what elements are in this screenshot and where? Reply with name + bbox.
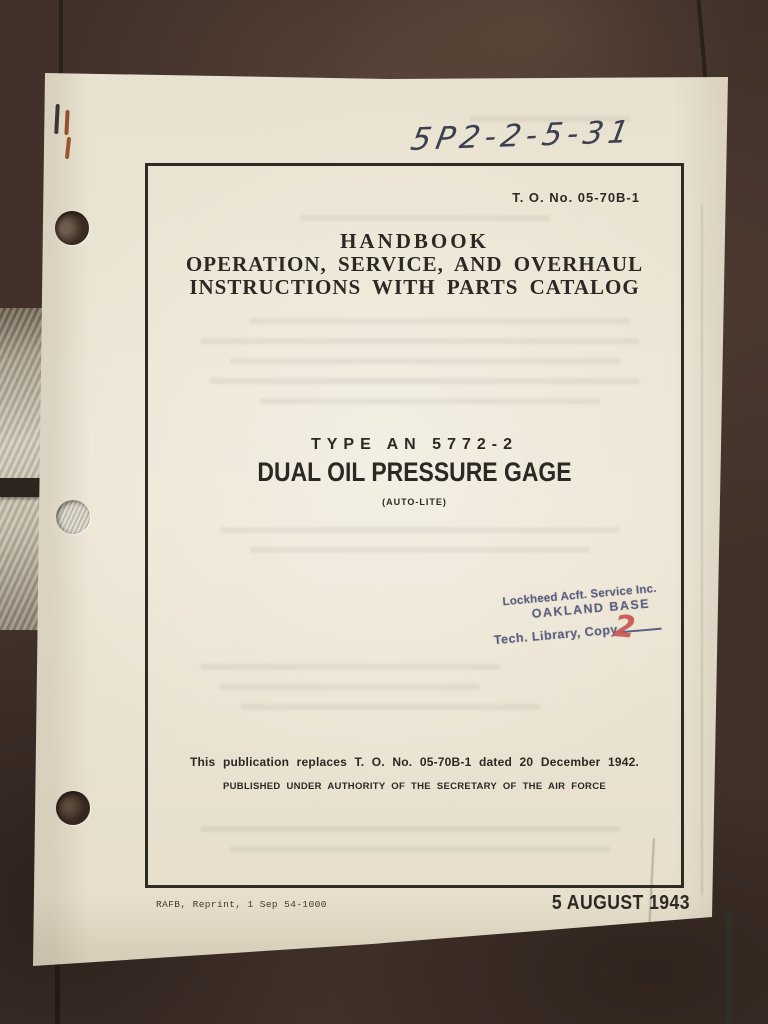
grout-line-bottom-left: [55, 962, 60, 1024]
foil-dark-band: [0, 478, 46, 497]
handwritten-copy-number: 2: [613, 609, 637, 646]
rusted-staple-mark: [64, 110, 69, 135]
manual-cover-sheet: 5P2-2-5-31 T. O. No. 05-70B-1 HANDBOOK O…: [0, 0, 768, 1024]
punch-hole-bottom: [56, 791, 90, 825]
technical-order-number: T. O. No. 05-70B-1: [440, 190, 640, 205]
publication-date: 5 AUGUST 1943: [496, 892, 690, 915]
title-line-3: INSTRUCTIONS WITH PARTS CATALOG: [148, 276, 681, 299]
product-title: DUAL OIL PRESSURE GAGE: [188, 457, 641, 488]
grout-line-bottom-right: [727, 910, 732, 1024]
page-behind-edge-line: [701, 205, 703, 895]
title-line-2: OPERATION, SERVICE, AND OVERHAUL: [148, 253, 681, 276]
type-designation: TYPE AN 5772-2: [148, 436, 681, 454]
replaces-note: This publication replaces T. O. No. 05-7…: [148, 755, 681, 769]
punch-hole-middle: [56, 500, 90, 534]
staple-mark: [54, 104, 60, 134]
manufacturer-name: (AUTO-LITE): [148, 497, 681, 507]
grout-line-top-left: [59, 0, 63, 74]
punch-hole-top: [55, 211, 89, 245]
reprint-note: RAFB, Reprint, 1 Sep 54-1000: [156, 899, 327, 910]
authority-note: PUBLISHED UNDER AUTHORITY OF THE SECRETA…: [148, 781, 681, 792]
rusted-staple-mark: [65, 137, 71, 159]
handbook-title-block: HANDBOOK OPERATION, SERVICE, AND OVERHAU…: [148, 229, 681, 299]
handwritten-id: 5P2-2-5-31: [408, 114, 636, 158]
grout-line-top-right: [697, 0, 708, 80]
title-line-1: HANDBOOK: [148, 229, 681, 253]
